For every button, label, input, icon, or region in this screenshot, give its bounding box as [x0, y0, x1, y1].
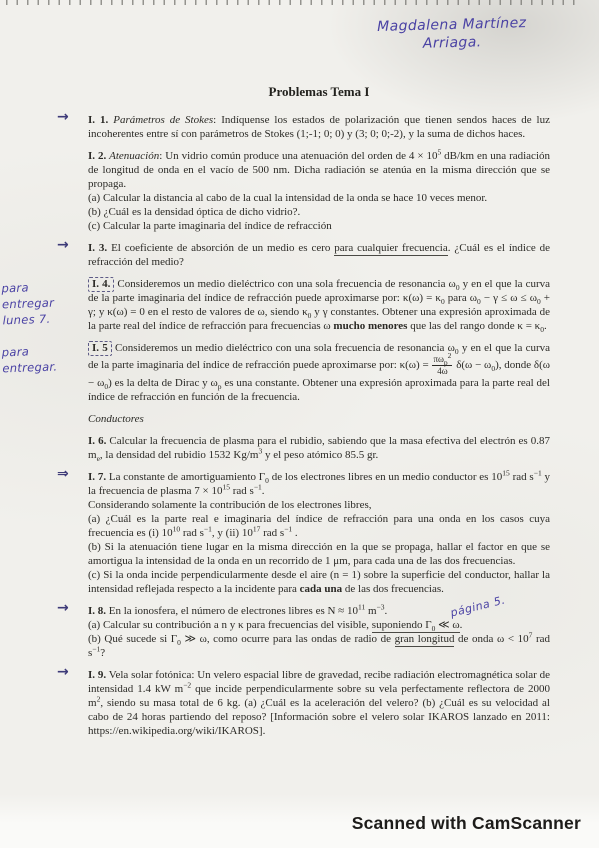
handwritten-margin-note: para entregar. [1, 342, 80, 377]
problem-I2: I. 2. Atenuación: Un vidrio común produc… [88, 149, 550, 233]
handwritten-student-name: Magdalena Martínez Arriaga. [357, 14, 548, 55]
problem-marker: I. 2. [88, 150, 106, 162]
notebook-perforation-edge [6, 0, 581, 5]
section-header-conductores: Conductores [88, 412, 550, 426]
problem-marker: I. 1. [88, 114, 108, 126]
problem-marker: I. 3. [88, 242, 107, 254]
problem-text: Calcular la frecuencia de plasma para el… [88, 435, 550, 461]
problem-I9: →I. 9. Vela solar fotónica: Un velero es… [88, 668, 550, 738]
problem-text: El coeficiente de absorción de un medio … [88, 242, 550, 268]
document-content: Problemas Tema I →I. 1. Parámetros de St… [88, 84, 550, 746]
problem-text: Parámetros de Stokes: Indíquense los est… [88, 114, 550, 140]
problem-text: Consideremos un medio dieléctrico con un… [88, 278, 550, 332]
problem-text: Consideremos un medio dieléctrico con un… [88, 342, 550, 403]
student-name-line1: Magdalena Martínez [377, 15, 527, 35]
problem-I7: ⇒I. 7. La constante de amortiguamiento Γ… [88, 470, 550, 596]
student-name-line2: Arriaga. [423, 34, 482, 52]
camscanner-watermark: Scanned with CamScanner [352, 813, 581, 834]
handwritten-arrow-icon: ⇒ [57, 467, 69, 481]
problem-I3: →I. 3. El coeficiente de absorción de un… [88, 241, 550, 269]
handwritten-arrow-icon: → [57, 110, 69, 124]
problem-text: Atenuación: Un vidrio común produce una … [88, 150, 550, 232]
problem-marker-boxed: I. 4. [88, 277, 114, 292]
problem-I6: I. 6. Calcular la frecuencia de plasma p… [88, 434, 550, 462]
problem-marker-boxed: I. 5 [88, 341, 112, 356]
problem-marker: I. 9. [88, 669, 106, 681]
problem-I8: →página 5.I. 8. En la ionosfera, el núme… [88, 604, 550, 660]
fraction: πωp24ω [432, 355, 452, 376]
page-title: Problemas Tema I [88, 84, 550, 100]
problem-I4: para entregar lunes 7.I. 4. Consideremos… [88, 277, 550, 333]
section-header-label: Conductores [88, 412, 550, 426]
problem-marker: I. 7. [88, 471, 106, 483]
problem-text: La constante de amortiguamiento Γ0 de lo… [88, 471, 550, 595]
problem-marker: I. 6. [88, 435, 106, 447]
problem-text: Vela solar fotónica: Un velero espacial … [88, 669, 550, 737]
scanned-page: Magdalena Martínez Arriaga. Problemas Te… [0, 0, 599, 848]
problem-marker: I. 8. [88, 605, 106, 617]
handwritten-arrow-icon: → [57, 601, 69, 615]
problems: →I. 1. Parámetros de Stokes: Indíquense … [88, 113, 550, 738]
handwritten-margin-note: para entregar lunes 7. [1, 278, 81, 329]
handwritten-arrow-icon: → [57, 238, 69, 252]
problem-I1: →I. 1. Parámetros de Stokes: Indíquense … [88, 113, 550, 141]
handwritten-arrow-icon: → [57, 665, 69, 679]
handwritten-side-note: página 5. [449, 593, 507, 620]
problem-I5: para entregar.I. 5 Consideremos un medio… [88, 341, 550, 404]
